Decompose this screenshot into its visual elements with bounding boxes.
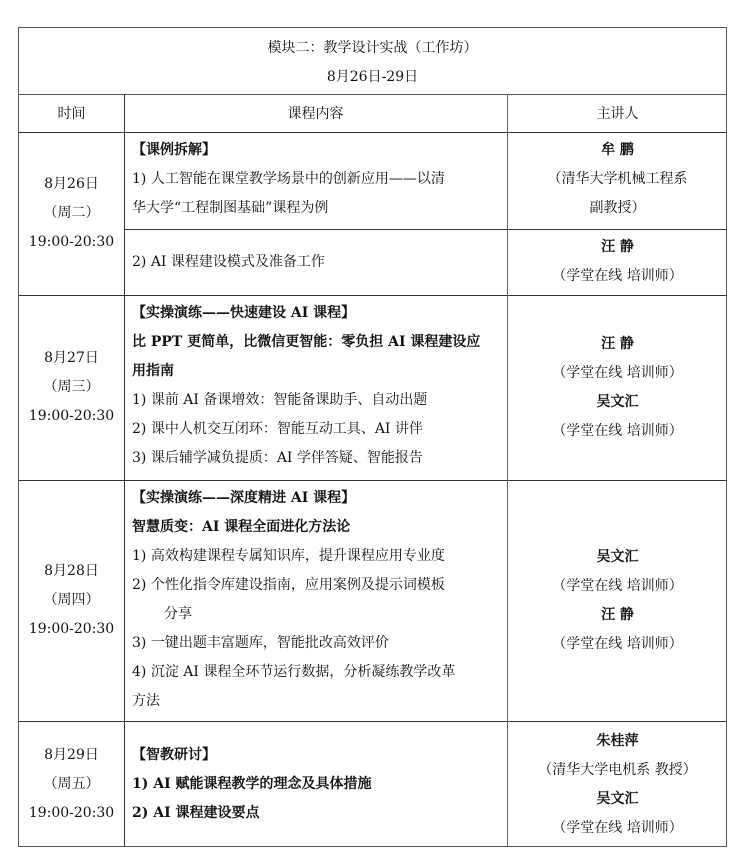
speaker-title: （学堂在线 培训师） (507, 417, 728, 446)
speaker-title: （学堂在线 培训师） (507, 630, 728, 659)
content-line: 方法 (132, 687, 507, 716)
speaker-title: （清华大学电机系 教授） (507, 756, 728, 785)
speaker-name: 吴文汇 (507, 388, 728, 417)
content-line: 分享 (132, 600, 507, 629)
content-line: 3) 一键出题丰富题库，智能批改高效评价 (132, 629, 507, 658)
date: 8月28日 (19, 557, 124, 586)
row-speaker: 汪 静 （学堂在线 培训师） 吴文汇 （学堂在线 培训师） (507, 295, 728, 480)
row-speaker: 朱桂萍 （清华大学电机系 教授） 吴文汇 （学堂在线 培训师） (507, 721, 728, 848)
speaker-name: 汪 静 (507, 330, 728, 359)
row-content: 【实操演练——深度精进 AI 课程】 智慧质变：AI 课程全面进化方法论 1) … (124, 484, 507, 720)
content-subtitle: 用指南 (132, 357, 507, 386)
section-heading: 【课例拆解】 (132, 136, 507, 165)
date: 8月29日 (19, 741, 124, 770)
row-speaker: 汪 静 （学堂在线 培训师） (507, 229, 728, 295)
row-speaker: 吴文汇 （学堂在线 培训师） 汪 静 （学堂在线 培训师） (507, 480, 728, 721)
time-range: 19:00-20:30 (19, 615, 124, 644)
date: 8月26日 (19, 170, 124, 199)
section-heading: 【智教研讨】 (132, 741, 507, 770)
schedule-table: 模块二：教学设计实战（工作坊） 8月26日-29日 时间 课程内容 主讲人 8月… (18, 27, 727, 847)
row-content: 2) AI 课程建设模式及准备工作 (124, 229, 507, 295)
weekday: （周二） (19, 199, 124, 228)
content-line: 4) 沉淀 AI 课程全环节运行数据，分析凝练教学改革 (132, 658, 507, 687)
divider (19, 132, 726, 133)
row-time: 8月29日 （周五） 19:00-20:30 (19, 721, 124, 848)
module-title: 模块二：教学设计实战（工作坊） (19, 34, 726, 63)
speaker-name: 吴文汇 (507, 543, 728, 572)
content-line: 2) 个性化指令库建设指南，应用案例及提示词模板 (132, 571, 507, 600)
weekday: （周五） (19, 770, 124, 799)
row-time: 8月28日 （周四） 19:00-20:30 (19, 480, 124, 721)
speaker-title: （清华大学机械工程系 (507, 165, 728, 194)
speaker-title: 副教授） (507, 194, 728, 223)
date: 8月27日 (19, 344, 124, 373)
speaker-title: （学堂在线 培训师） (507, 572, 728, 601)
header-time: 时间 (19, 94, 124, 132)
speaker-name: 汪 静 (507, 601, 728, 630)
speaker-title: （学堂在线 培训师） (507, 359, 728, 388)
speaker-name: 朱桂萍 (507, 727, 728, 756)
content-line: 1) 高效构建课程专属知识库，提升课程应用专业度 (132, 542, 507, 571)
section-heading: 【实操演练——深度精进 AI 课程】 (132, 484, 507, 513)
content-line: 1) 人工智能在课堂教学场景中的创新应用——以清 (132, 165, 507, 194)
speaker-name: 吴文汇 (507, 785, 728, 814)
time-range: 19:00-20:30 (19, 799, 124, 828)
content-line: 2) AI 课程建设模式及准备工作 (132, 248, 507, 277)
weekday: （周三） (19, 373, 124, 402)
speaker-name: 牟 鹏 (507, 136, 728, 165)
content-subtitle: 智慧质变：AI 课程全面进化方法论 (132, 513, 507, 542)
row-speaker: 牟 鹏 （清华大学机械工程系 副教授） (507, 136, 728, 229)
time-range: 19:00-20:30 (19, 228, 124, 257)
speaker-title: （学堂在线 培训师） (507, 262, 728, 291)
content-subtitle: 比 PPT 更简单，比微信更智能：零负担 AI 课程建设应 (132, 328, 507, 357)
section-heading: 【实操演练——快速建设 AI 课程】 (132, 299, 507, 328)
content-line: 1) 课前 AI 备课增效：智能备课助手、自动出题 (132, 386, 507, 415)
content-line: 华大学“工程制图基础”课程为例 (132, 194, 507, 223)
header-speaker: 主讲人 (507, 94, 728, 132)
content-line: 1) AI 赋能课程教学的理念及具体措施 (132, 770, 507, 799)
speaker-title: （学堂在线 培训师） (507, 814, 728, 843)
row-content: 【课例拆解】 1) 人工智能在课堂教学场景中的创新应用——以清 华大学“工程制图… (124, 136, 507, 229)
header-content: 课程内容 (124, 94, 507, 132)
row-time: 8月27日 （周三） 19:00-20:30 (19, 295, 124, 480)
content-line: 2) 课中人机交互闭环：智能互动工具、AI 讲伴 (132, 415, 507, 444)
module-dates: 8月26日-29日 (19, 63, 726, 92)
table-title: 模块二：教学设计实战（工作坊） 8月26日-29日 (19, 28, 726, 94)
row-content: 【智教研讨】 1) AI 赋能课程教学的理念及具体措施 2) AI 课程建设要点 (124, 721, 507, 848)
content-line: 3) 课后辅学减负提质：AI 学伴答疑、智能报告 (132, 444, 507, 473)
row-time: 8月26日 （周二） 19:00-20:30 (19, 132, 124, 295)
time-range: 19:00-20:30 (19, 402, 124, 431)
row-content: 【实操演练——快速建设 AI 课程】 比 PPT 更简单，比微信更智能：零负担 … (124, 299, 507, 479)
weekday: （周四） (19, 586, 124, 615)
content-line: 2) AI 课程建设要点 (132, 799, 507, 828)
speaker-name: 汪 静 (507, 233, 728, 262)
